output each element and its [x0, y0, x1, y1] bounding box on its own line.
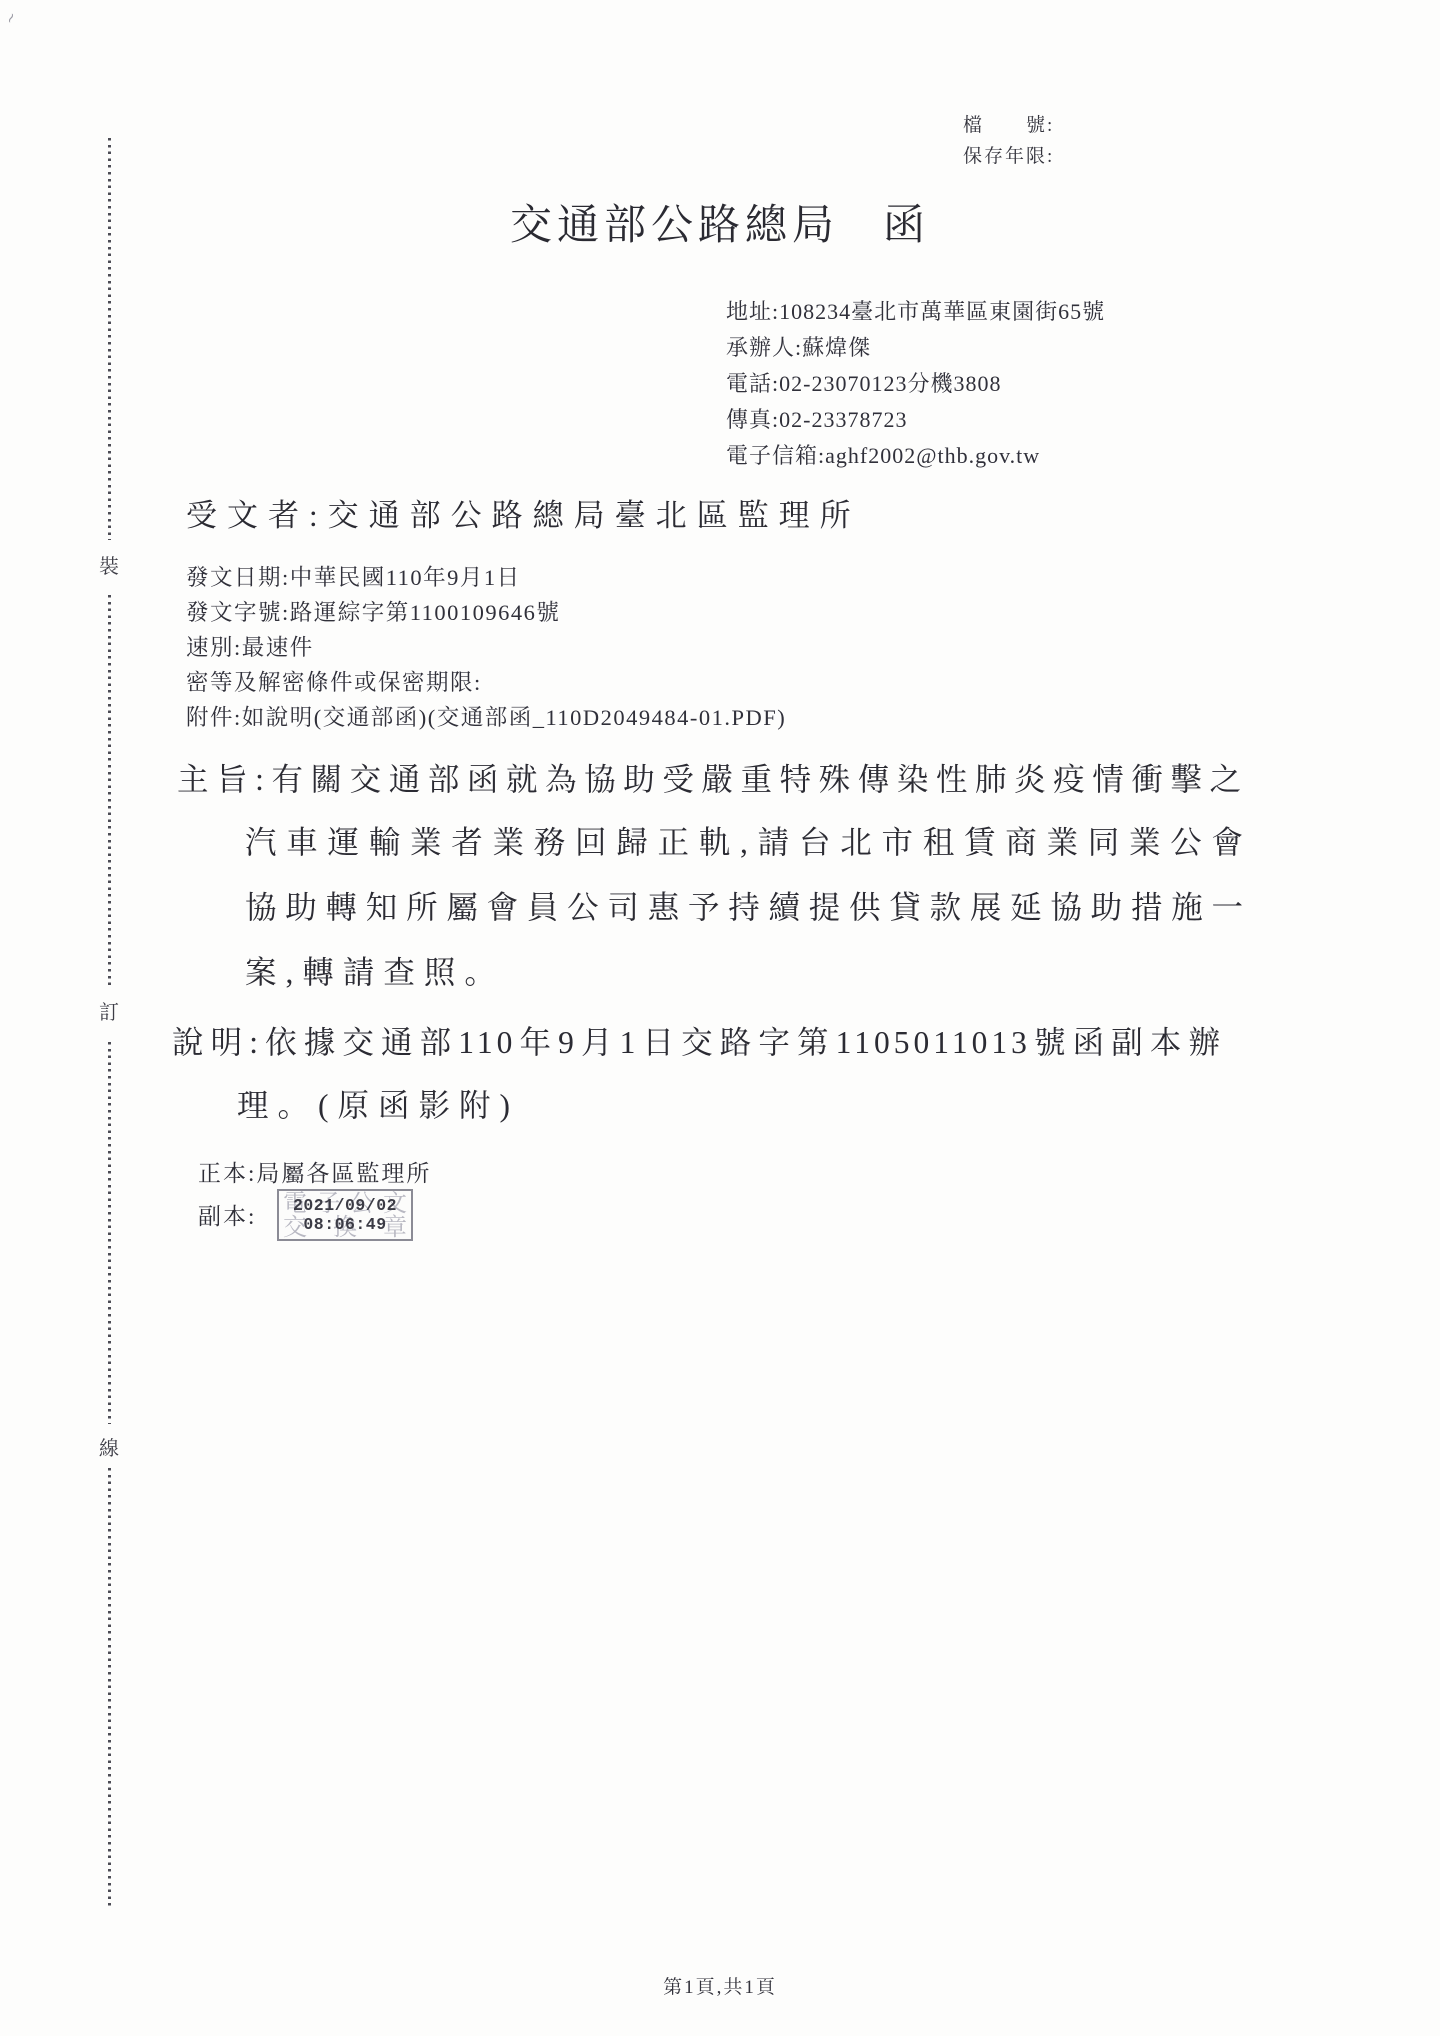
sender-fax: 傳真:02-23378723 — [726, 402, 1105, 438]
page-number-footer: 第1頁,共1頁 — [0, 1972, 1440, 1999]
sender-info-block: 地址:108234臺北市萬華區東園街65號 承辦人:蘇煒傑 電話:02-2307… — [726, 294, 1105, 474]
scan-artifact: ∼ — [2, 10, 22, 28]
stamp-timestamp: 2021/09/02 08:06:49 — [279, 1191, 411, 1239]
sender-address: 地址:108234臺北市萬華區東園街65號 — [726, 294, 1105, 330]
classification-level: 密等及解密條件或保密期限: — [186, 665, 786, 700]
cc-copy-label: 副本: — [198, 1198, 256, 1231]
sender-contact-person: 承辦人:蘇煒傑 — [726, 330, 1105, 366]
explanation-line-1: 說明:依據交通部110年9月1日交路字第1105011013號函副本辦 — [172, 1023, 1224, 1063]
scanned-letter-page: ∼ 檔 號: 保存年限: 交通部公路總局 函 地址:108234臺北市萬華區東園… — [0, 0, 1440, 2036]
file-number-block: 檔 號: 保存年限: — [963, 110, 1054, 172]
document-meta-block: 發文日期:中華民國110年9月1日 發文字號:路運綜字第1100109646號 … — [186, 560, 786, 735]
binding-mark-xian: 線 — [99, 1432, 119, 1461]
explanation-line-2: 理。(原函影附) — [237, 1086, 519, 1126]
binding-dotted-line — [108, 1042, 111, 1424]
subject-line-3: 協助轉知所屬會員公司惠予持續提供貸款展延協助措施一 — [245, 888, 1247, 928]
binding-dotted-line — [108, 595, 111, 988]
original-copy-line: 正本:局屬各區監理所 — [198, 1155, 431, 1188]
priority-level: 速別:最速件 — [186, 630, 786, 665]
subject-line-1: 主旨:有關交通部函就為協助受嚴重特殊傳染性肺炎疫情衝擊之 — [177, 760, 1245, 800]
issue-date: 發文日期:中華民國110年9月1日 — [186, 560, 786, 595]
subject-line-2: 汽車運輸業者業務回歸正軌,請台北市租賃商業同業公會 — [245, 823, 1247, 863]
file-number-label: 檔 號: — [963, 110, 1054, 141]
binding-mark-ding: 訂 — [99, 996, 119, 1025]
document-type-label: 函 — [883, 192, 930, 252]
recipient-line: 受文者:交通部公路總局臺北區監理所 — [186, 490, 861, 535]
stamp-date: 2021/09/02 — [293, 1196, 397, 1215]
issuing-agency-title: 交通部公路總局 — [510, 192, 839, 252]
subject-line-4: 案,轉請查照。 — [245, 953, 505, 993]
sender-phone: 電話:02-23070123分機3808 — [726, 366, 1105, 402]
electronic-exchange-stamp: 電 子 公 文 交 換 章 2021/09/02 08:06:49 — [277, 1189, 413, 1241]
binding-mark-zhuang: 裝 — [99, 550, 119, 579]
sender-email: 電子信箱:aghf2002@thb.gov.tw — [726, 438, 1105, 474]
binding-dotted-line — [108, 138, 111, 540]
attachment-line: 附件:如說明(交通部函)(交通部函_110D2049484-01.PDF) — [186, 700, 786, 735]
retention-period-label: 保存年限: — [963, 141, 1054, 172]
document-title: 交通部公路總局 函 — [0, 192, 1440, 252]
stamp-time: 08:06:49 — [303, 1215, 386, 1234]
issue-number: 發文字號:路運綜字第1100109646號 — [186, 595, 786, 630]
binding-dotted-line — [108, 1468, 111, 1906]
